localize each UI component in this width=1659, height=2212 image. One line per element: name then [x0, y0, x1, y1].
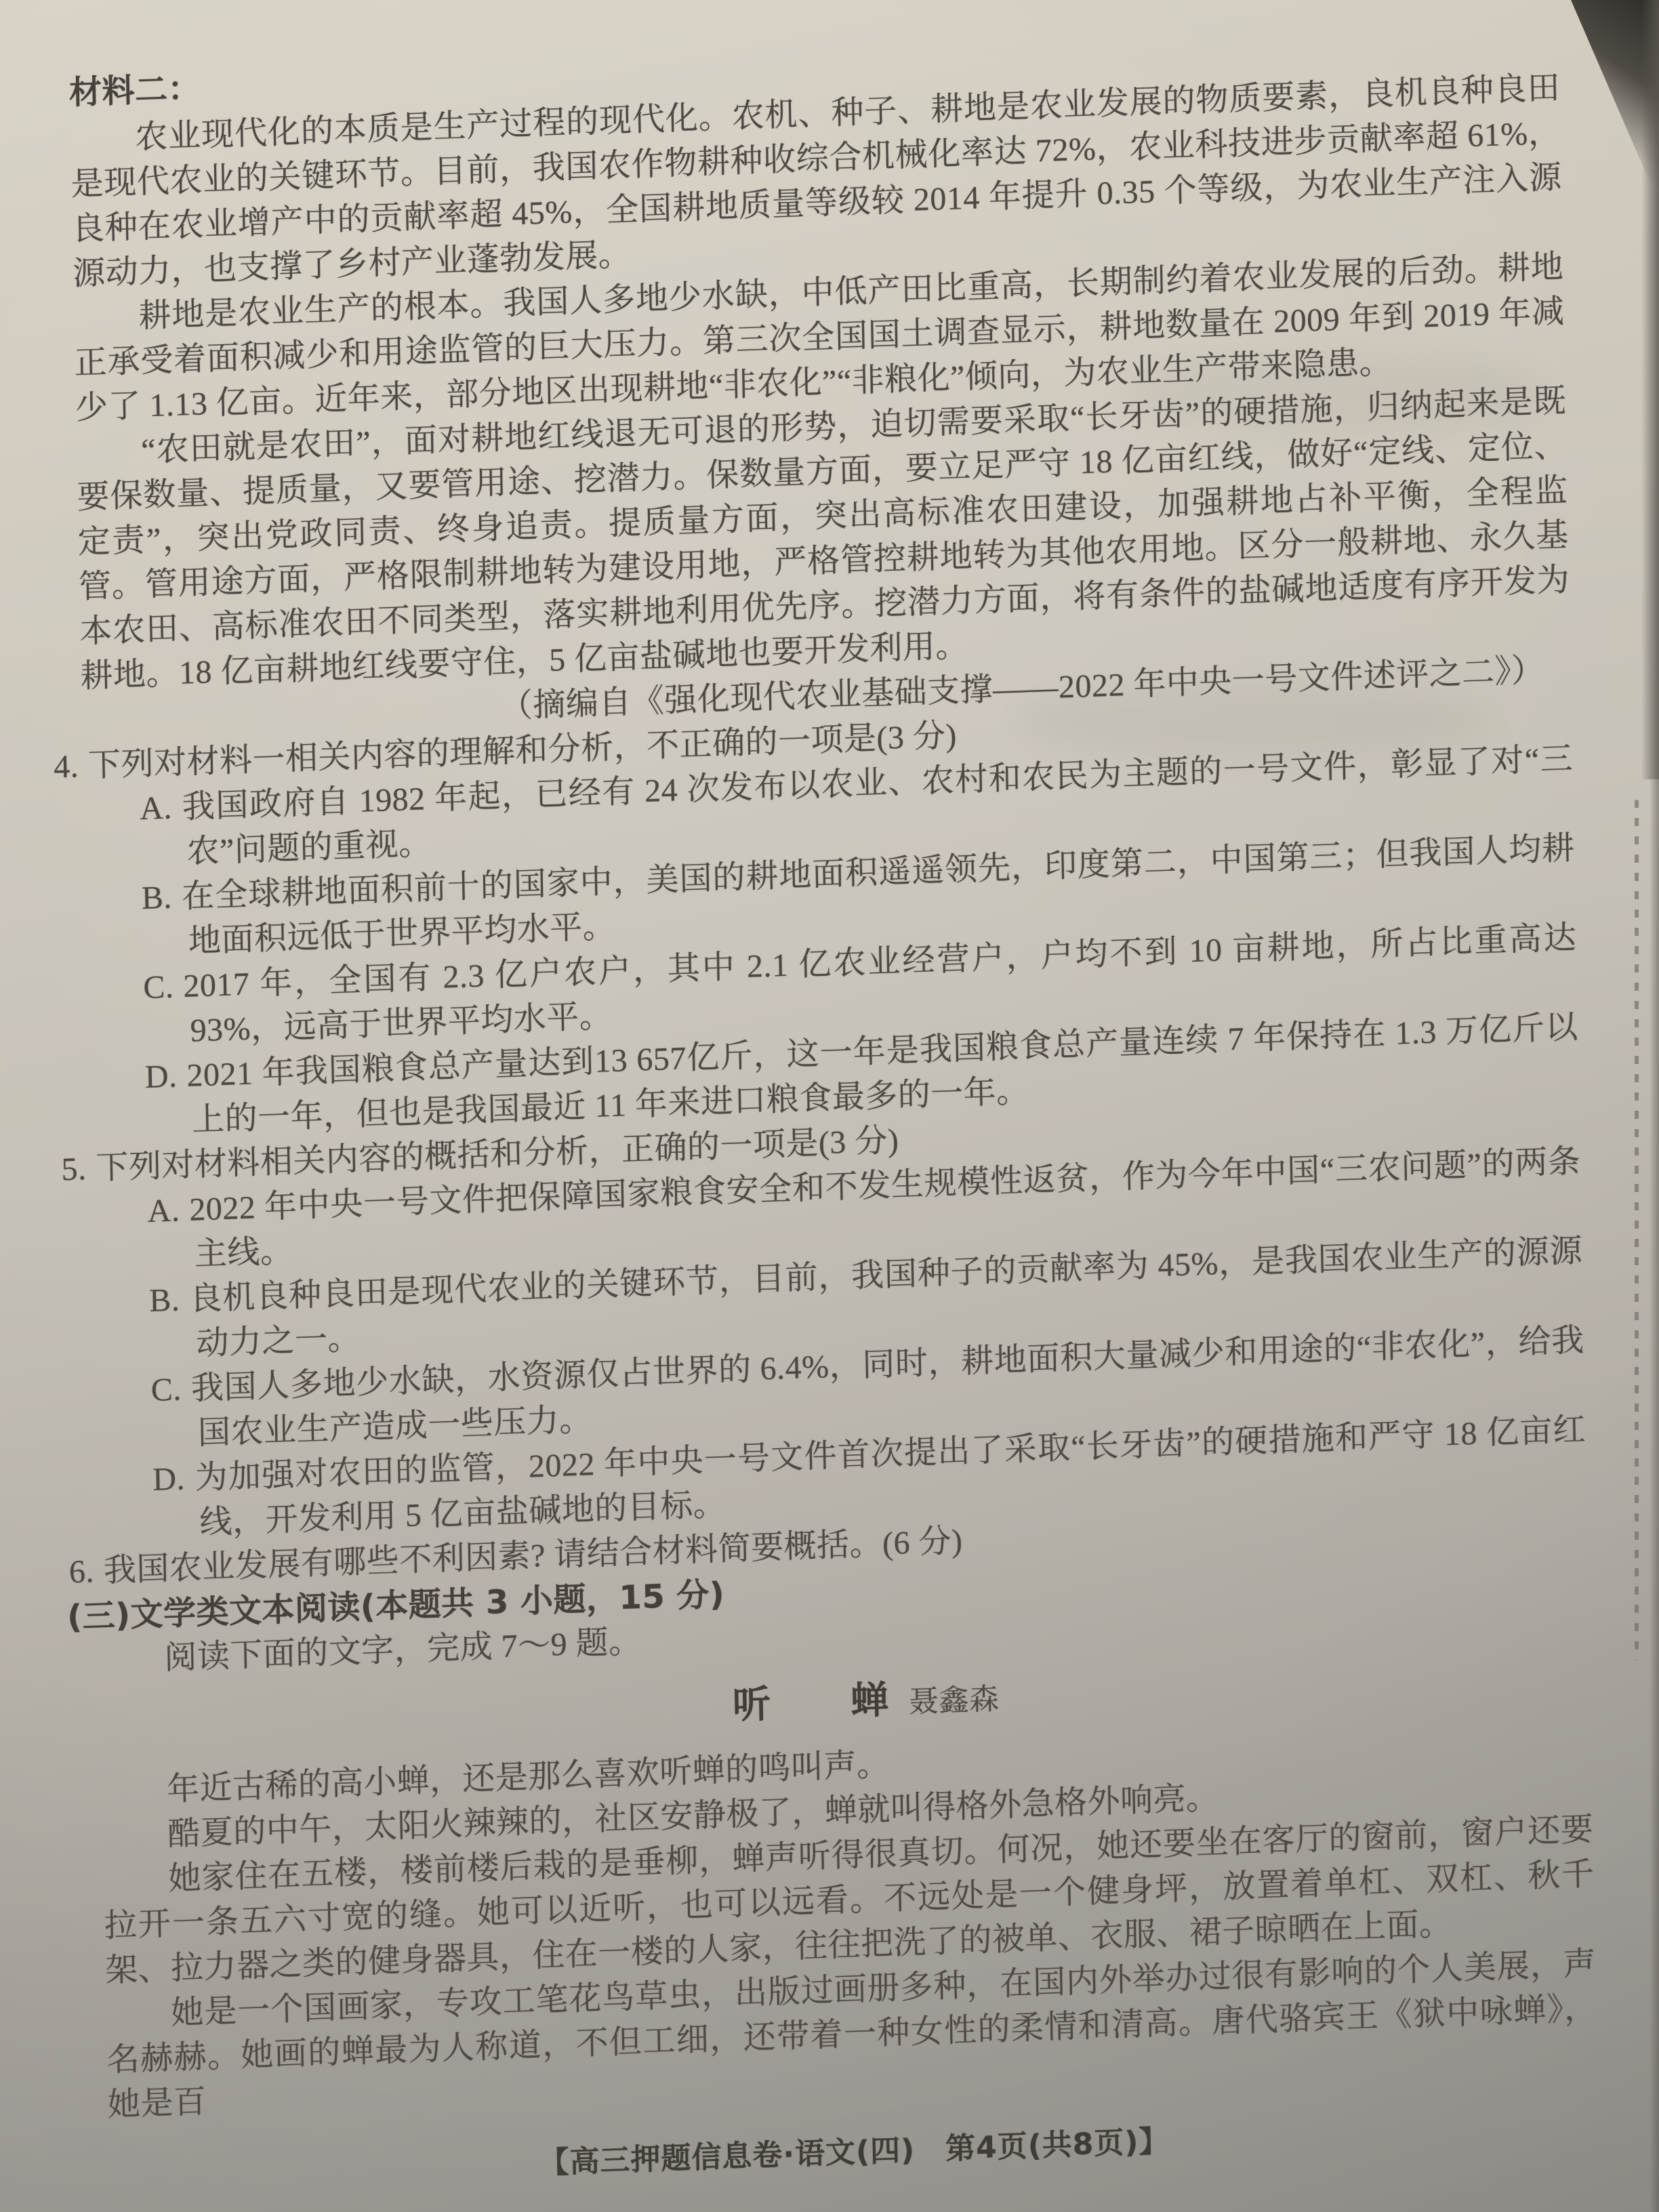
exam-page-content: 材料二： 农业现代化的本质是生产过程的现代化。农机、种子、耕地是农业发展的物质要… [28, 0, 1627, 2203]
page-edge-shadow [1641, 0, 1659, 779]
option-label: B. [141, 879, 182, 916]
option-label: D. [152, 1460, 195, 1498]
option-label: C. [143, 968, 184, 1006]
story-title: 听 蝉 [732, 1673, 890, 1733]
perforation-dotted-line [1635, 800, 1639, 1660]
option-label: A. [140, 790, 182, 827]
question-4-number: 4. [54, 748, 89, 785]
option-label: B. [149, 1282, 190, 1319]
material-paragraph-3: “农田就是农田”，面对耕地红线退无可退的形势，迫切需要采取“长牙齿”的硬措施，归… [76, 379, 1571, 699]
option-label: D. [144, 1058, 187, 1095]
option-label: A. [147, 1192, 190, 1229]
question-5-number: 5. [61, 1151, 96, 1188]
question-6-number: 6. [68, 1553, 104, 1591]
option-label: C. [150, 1371, 191, 1408]
exam-page-photo: 材料二： 农业现代化的本质是生产过程的现代化。农机、种子、耕地是农业发展的物质要… [0, 0, 1659, 2212]
page-edge-shadow-lower [1650, 779, 1659, 2212]
story-author: 聂鑫森 [908, 1673, 1000, 1730]
